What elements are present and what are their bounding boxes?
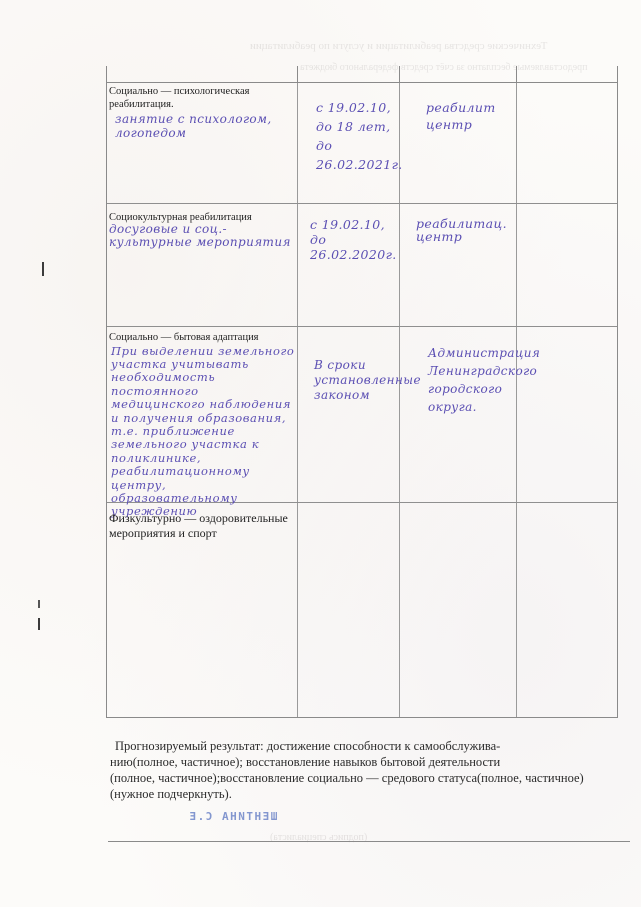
row-label: Социально — психологическая реабилитация… [109, 86, 296, 111]
prognosis-line: Прогнозируемый результат: достижение спо… [110, 738, 630, 754]
handwritten-executor: реабилитац. центр [406, 217, 515, 243]
row-label-cell: Социокультурная реабилитация досуговые и… [107, 204, 298, 326]
margin-mark [42, 262, 44, 276]
row-label-cell: Социально — психологическая реабилитация… [107, 83, 298, 203]
note-cell [517, 327, 619, 502]
table-stub-line [297, 66, 298, 82]
prognosis-line: нию(полное, частичное); восстановление н… [110, 754, 630, 770]
handwritten-executor: реабилит центр [406, 99, 515, 133]
table-row: Социокультурная реабилитация досуговые и… [107, 204, 617, 326]
note-cell [517, 503, 619, 717]
prognosis-text: Прогнозируемый результат: достижение спо… [110, 738, 630, 802]
handwritten-period: В сроки установленные законом [302, 358, 398, 403]
row-label-cell: Социально — бытовая адаптация При выделе… [107, 327, 298, 502]
handwritten-activity: занятие с психологом, логопедом [109, 112, 296, 140]
executor-cell: реабилит центр [400, 83, 517, 203]
bleed-through-text: Технические средства реабилитации и услу… [250, 40, 547, 52]
table-row: Физкультурно — оздоровительные мероприят… [107, 503, 617, 717]
handwritten-period: с 19.02.10, до 18 лет, до 26.02.2021г. [302, 98, 398, 174]
prognosis-line: (полное, частичное);восстановление социа… [110, 770, 630, 786]
row-label-cell: Физкультурно — оздоровительные мероприят… [107, 503, 298, 717]
period-cell: с 19.02.10, до 26.02.2020г. [298, 204, 400, 326]
period-cell [298, 503, 400, 717]
handwritten-executor: Администрация Ленинградского городского … [406, 344, 515, 416]
table-row: Социально — бытовая адаптация При выделе… [107, 327, 617, 502]
bleed-through-text: предоставляемые бесплатно за счёт средст… [300, 62, 588, 73]
table-stub-line [106, 66, 107, 82]
stamp: ШЕНТИНА С.Е [188, 810, 277, 823]
row-label: Физкультурно — оздоровительные мероприят… [109, 511, 296, 541]
note-cell [517, 204, 619, 326]
period-cell: с 19.02.10, до 18 лет, до 26.02.2021г. [298, 83, 400, 203]
table-stub-line [399, 66, 400, 82]
margin-mark [38, 600, 40, 608]
table-stub-line [617, 66, 618, 82]
executor-cell [400, 503, 517, 717]
handwritten-activity: досуговые и соц.-культурные мероприятия [109, 223, 296, 249]
executor-cell: реабилитац. центр [400, 204, 517, 326]
margin-mark [38, 618, 40, 630]
table-stub-line [516, 66, 517, 82]
table-row: Социально — психологическая реабилитация… [107, 83, 617, 203]
signature-rule [108, 841, 630, 842]
rehabilitation-table: Социально — психологическая реабилитация… [106, 82, 618, 718]
handwritten-period: с 19.02.10, до 26.02.2020г. [302, 217, 398, 262]
handwritten-activity: При выделении земельного участка учитыва… [109, 345, 296, 519]
scanned-page: Технические средства реабилитации и услу… [0, 0, 641, 907]
executor-cell: Администрация Ленинградского городского … [400, 327, 517, 502]
note-cell [517, 83, 619, 203]
row-label: Социально — бытовая адаптация [109, 332, 296, 345]
period-cell: В сроки установленные законом [298, 327, 400, 502]
prognosis-line: (нужное подчеркнуть). [110, 786, 630, 802]
